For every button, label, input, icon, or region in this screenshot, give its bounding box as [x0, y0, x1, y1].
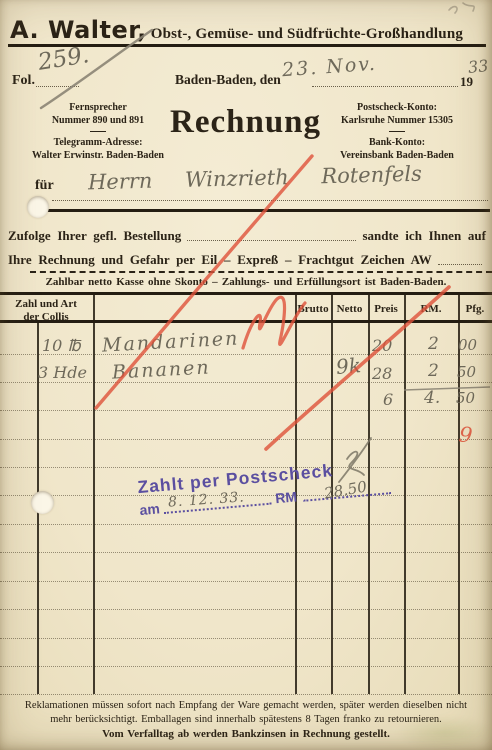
telegram-line2: Walter Erwinstr. Baden-Baden	[28, 149, 168, 162]
postscheck-line1: Postscheck-Konto:	[312, 101, 482, 114]
phone-line2: Nummer 890 und 891	[28, 114, 168, 127]
bank-line1: Bank-Konto:	[312, 136, 482, 149]
terms-line: Zahlbar netto Kasse ohne Skonto – Zahlun…	[0, 276, 492, 288]
place-date-label: Baden-Baden, den	[175, 72, 281, 88]
recipient-dotted-line	[52, 199, 488, 201]
row2-netto: 9k	[335, 353, 362, 379]
order-line-1-left: Zufolge Ihrer gefl. Bestellung	[8, 228, 181, 244]
table-header-brutto: Brutto	[295, 303, 331, 316]
table-header-preis: Preis	[368, 303, 404, 316]
order-line-2-wrap: Ihre Rechnung und Gefahr per Eil – Expre…	[8, 252, 488, 268]
table-top-rule	[0, 292, 492, 295]
invoice-document: A. Walter, Obst-, Gemüse- und Südfrüchte…	[0, 0, 492, 750]
total-price-note: 6	[383, 390, 393, 409]
letterhead: A. Walter, Obst-, Gemüse- und Südfrüchte…	[10, 16, 463, 44]
bank-line2: Vereinsbank Baden-Baden	[312, 149, 482, 162]
table-row-line	[0, 580, 492, 582]
block-divider	[90, 131, 106, 132]
stamp-am-label: am	[139, 500, 161, 518]
footer-line3: Vom Verfalltag ab werden Bankzinsen in R…	[0, 728, 492, 740]
footer-line1: Reklamationen müssen sofort nach Empfang…	[0, 700, 492, 711]
recipient-rule	[30, 209, 490, 212]
fol-dotted-line	[36, 85, 79, 87]
total-rm: 4.	[424, 388, 440, 408]
row2-pfg: 50	[457, 363, 476, 381]
corner-pencil-mark	[449, 3, 474, 13]
table-header-bottom-rule	[0, 320, 492, 323]
collis-header-line1: Zahl und Art	[0, 298, 92, 311]
total-pfg: 50	[456, 389, 475, 407]
row1-quantity: 10 ℔	[42, 336, 81, 355]
order-dotted-line	[187, 239, 356, 241]
company-name: A. Walter,	[10, 16, 147, 44]
row1-price: 20	[372, 336, 392, 355]
telegram-line1: Telegramm-Adresse:	[28, 136, 168, 149]
table-header-pfg: Pfg.	[458, 303, 492, 316]
row2-quantity: 3 Hde	[38, 363, 87, 382]
order-line-1: Zufolge Ihrer gefl. Bestellung sandte ic…	[8, 228, 486, 244]
table-row-line	[0, 551, 492, 553]
stamp-rm-label: RM	[275, 488, 298, 506]
table-row-line	[0, 637, 492, 639]
date-dotted-line	[312, 85, 458, 87]
table-row-line	[0, 608, 492, 610]
table-row-line	[0, 693, 492, 695]
footer-line2: mehr berücksichtigt. Emballagen sind inn…	[0, 714, 492, 725]
row2-rm: 2	[428, 361, 439, 381]
phone-block: Fernsprecher Nummer 890 und 891 Telegram…	[28, 101, 168, 162]
terms-dashed-rule	[30, 271, 492, 273]
year-handwritten: 33	[467, 56, 489, 77]
date-handwritten: 23. Nov.	[281, 53, 377, 82]
order-dotted-line-2	[438, 263, 482, 265]
punch-hole-bottom	[31, 491, 54, 514]
row1-pfg: 00	[458, 336, 477, 354]
table-row-line	[0, 438, 492, 440]
company-tagline: Obst-, Gemüse- und Südfrüchte-Großhandlu…	[151, 26, 463, 42]
table-row-line	[0, 409, 492, 411]
pencil-sum-underline	[404, 387, 490, 390]
table-header-netto: Netto	[331, 303, 368, 316]
invoice-title: Rechnung	[170, 104, 321, 141]
row1-rm: 2	[428, 334, 439, 354]
table-header-rm: RM.	[404, 303, 458, 316]
row2-price: 28	[372, 364, 392, 383]
fol-number-handwritten: 259.	[36, 42, 91, 76]
bank-block: Postscheck-Konto: Karlsruhe Nummer 15305…	[312, 101, 482, 162]
table-row-line	[0, 523, 492, 525]
punch-hole-top	[27, 196, 49, 218]
postscheck-line2: Karlsruhe Nummer 15305	[312, 114, 482, 127]
row2-description: Bananen	[111, 356, 211, 383]
phone-line1: Fernsprecher	[28, 101, 168, 114]
recipient-label: für	[35, 178, 54, 194]
red-check-mark: 9	[458, 422, 474, 447]
order-line-1-right: sandte ich Ihnen auf	[362, 228, 486, 244]
table-row-line	[0, 665, 492, 667]
order-line-2: Ihre Rechnung und Gefahr per Eil – Expre…	[8, 252, 432, 268]
block-divider	[389, 131, 405, 132]
fol-label: Fol.	[12, 73, 35, 89]
recipient-handwritten: Herrn Winzrieth Rotenfels	[88, 162, 422, 195]
